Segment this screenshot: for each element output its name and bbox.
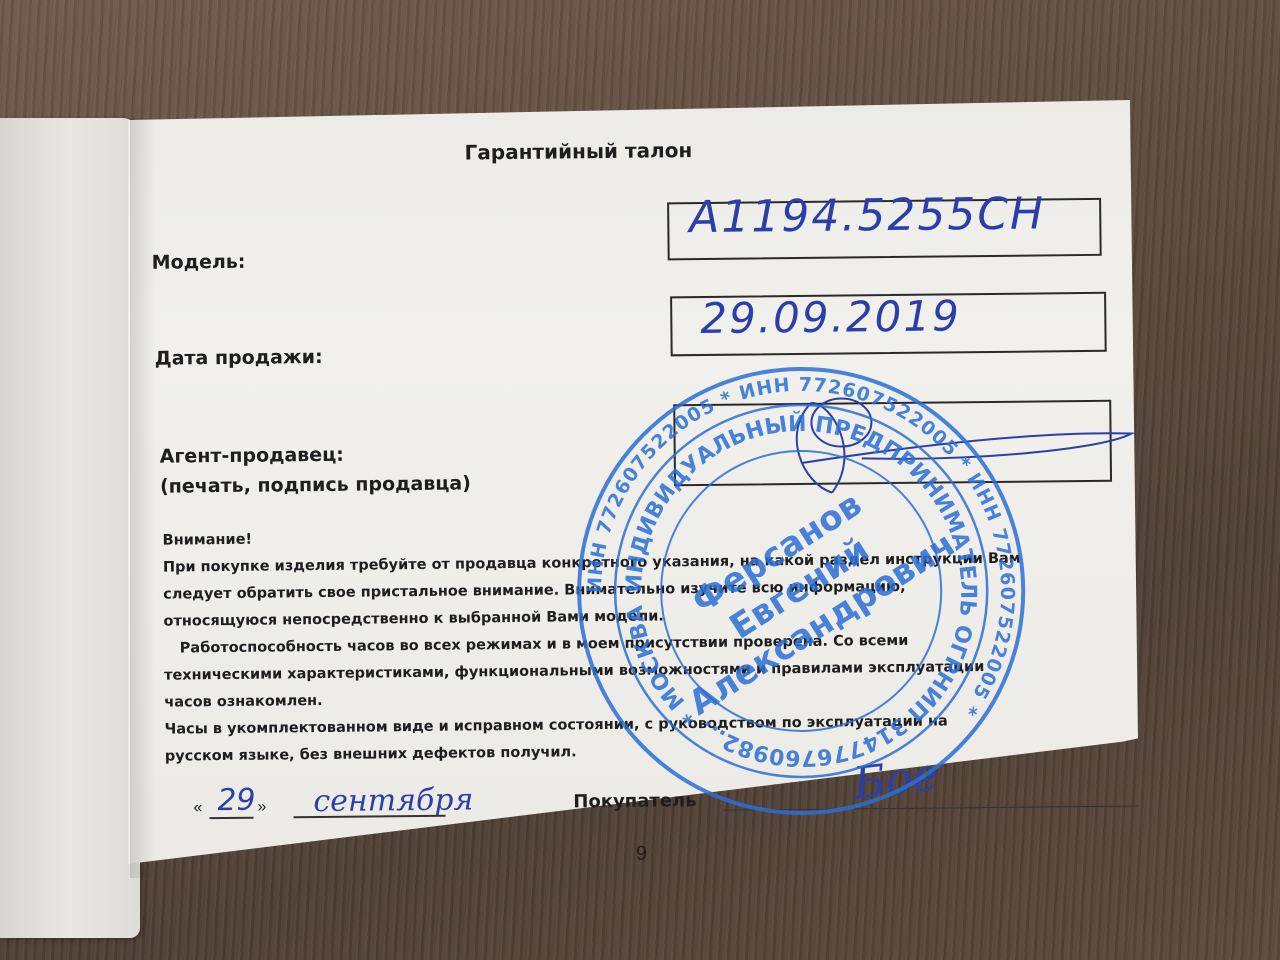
buyer-signature-line[interactable] <box>723 805 1137 810</box>
day-handwritten: 29 <box>217 783 256 818</box>
agent-sublabel: (печать, подпись продавца) <box>160 472 471 497</box>
page-number: 9 <box>636 843 647 866</box>
model-label: Модель: <box>152 251 246 274</box>
agent-signature-field[interactable] <box>673 400 1112 487</box>
model-handwritten-value: A1194.5255CH <box>689 188 1045 243</box>
buyer-signature: Бое <box>851 749 941 809</box>
open-quote: « <box>193 799 202 817</box>
sale-date-handwritten-value: 29.09.2019 <box>700 291 961 343</box>
page-title: Гарантийный талон <box>464 138 692 164</box>
month-handwritten: сентября <box>313 782 473 819</box>
sale-date-label: Дата продажи: <box>155 346 323 370</box>
buyer-label: Покупатель <box>573 790 696 812</box>
close-quote: » <box>257 799 266 817</box>
notice-block: Внимание! При покупке изделия требуйте о… <box>162 517 1144 770</box>
warranty-card-content: Гарантийный талон Модель: A1194.5255CH Д… <box>128 89 1146 900</box>
day-underline[interactable] <box>210 817 254 819</box>
booklet-previous-page <box>0 118 140 938</box>
agent-label: Агент-продавец: <box>160 444 344 468</box>
signature-row: « 29 » сентября Покупатель Бое <box>193 779 1153 829</box>
